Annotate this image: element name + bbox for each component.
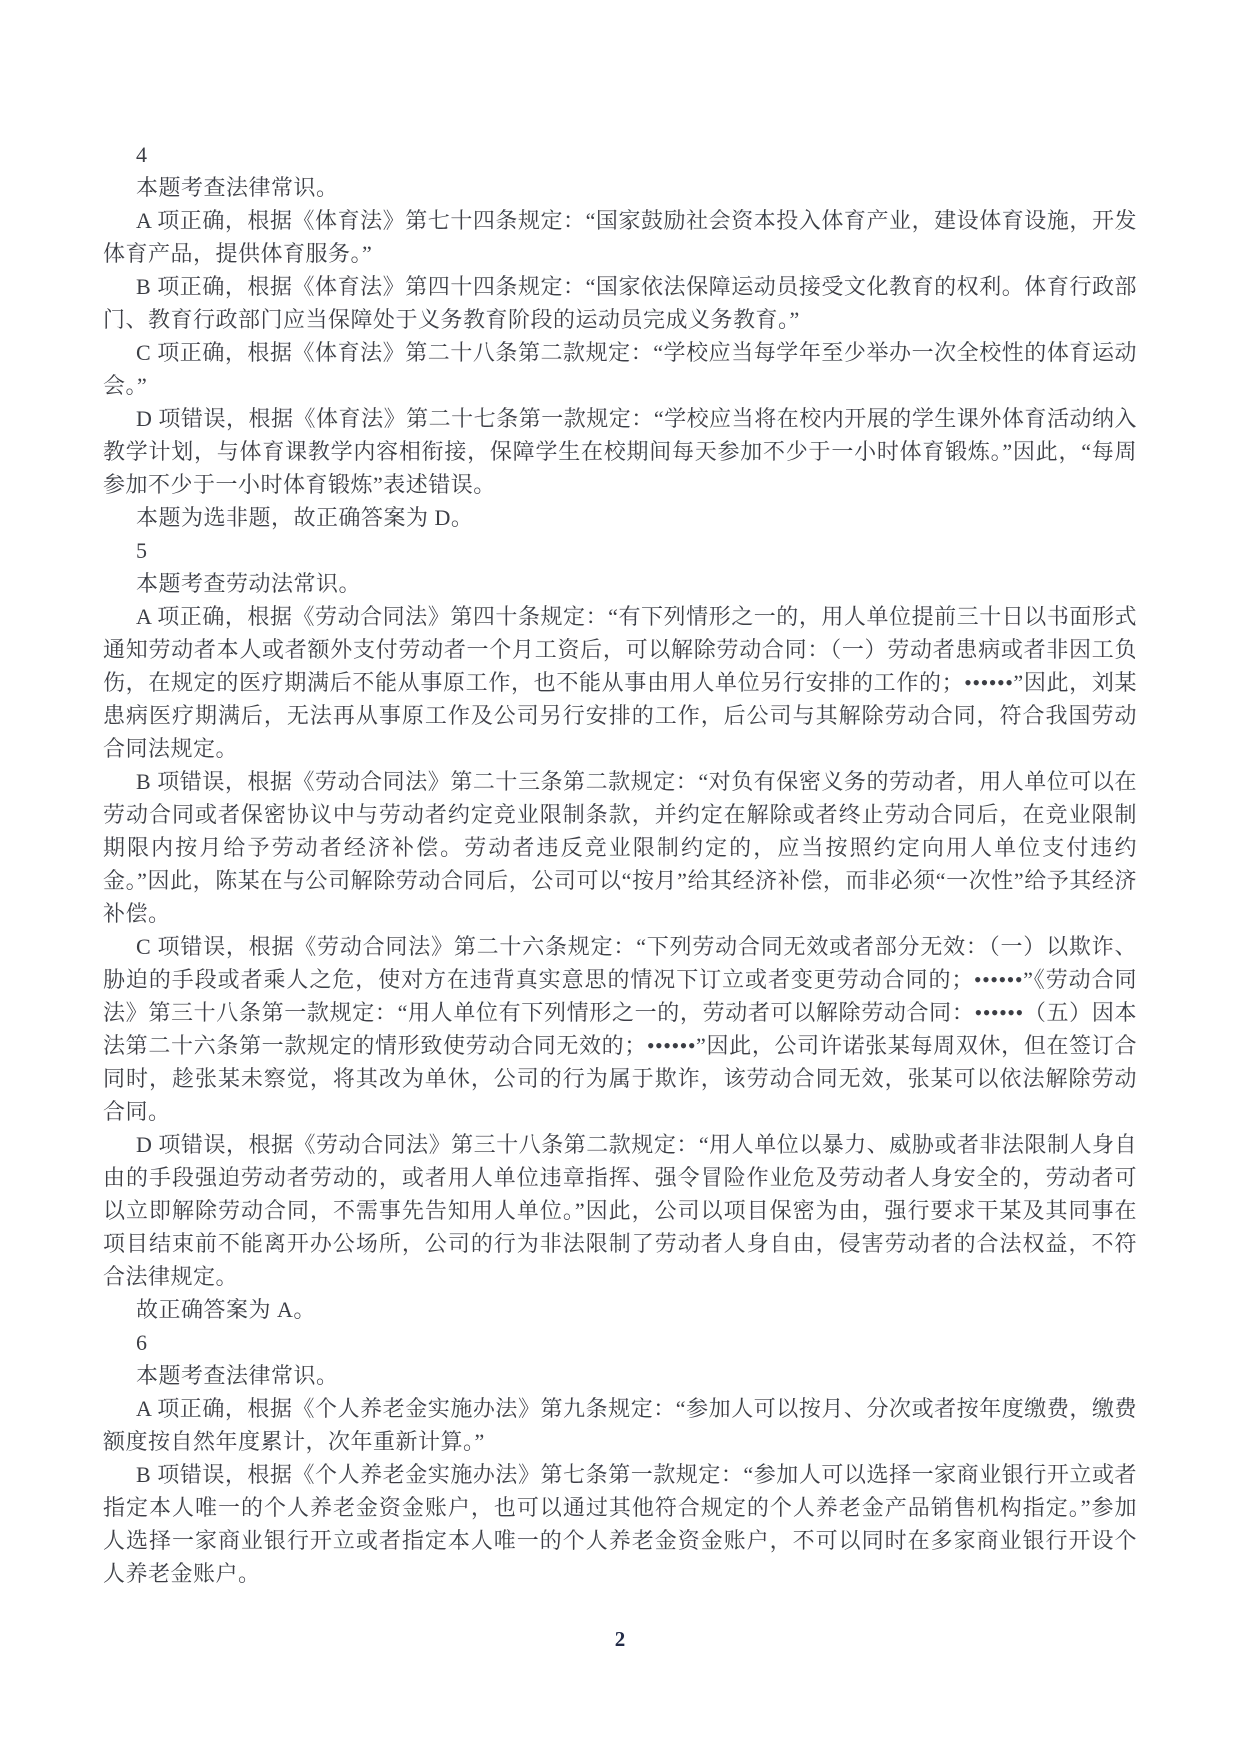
paragraph: 故正确答案为 A。: [103, 1293, 1137, 1326]
question-number: 6: [103, 1326, 1137, 1359]
paragraph: D 项错误，根据《体育法》第二十七条第一款规定：“学校应当将在校内开展的学生课外…: [103, 402, 1137, 501]
paragraph: B 项正确，根据《体育法》第四十四条规定：“国家依法保障运动员接受文化教育的权利…: [103, 270, 1137, 336]
paragraph: D 项错误，根据《劳动合同法》第三十八条第二款规定：“用人单位以暴力、威胁或者非…: [103, 1128, 1137, 1293]
document-page: 4本题考查法律常识。A 项正确，根据《体育法》第七十四条规定：“国家鼓励社会资本…: [0, 0, 1240, 1754]
question-number: 5: [103, 534, 1137, 567]
paragraph: 本题为选非题，故正确答案为 D。: [103, 501, 1137, 534]
paragraph: 本题考查劳动法常识。: [103, 567, 1137, 600]
question-number: 4: [103, 138, 1137, 171]
paragraph: A 项正确，根据《体育法》第七十四条规定：“国家鼓励社会资本投入体育产业，建设体…: [103, 204, 1137, 270]
paragraph: 本题考查法律常识。: [103, 171, 1137, 204]
page-number: 2: [0, 1626, 1240, 1652]
paragraph: B 项错误，根据《个人养老金实施办法》第七条第一款规定：“参加人可以选择一家商业…: [103, 1458, 1137, 1590]
paragraph: A 项正确，根据《个人养老金实施办法》第九条规定：“参加人可以按月、分次或者按年…: [103, 1392, 1137, 1458]
paragraph: C 项错误，根据《劳动合同法》第二十六条规定：“下列劳动合同无效或者部分无效：（…: [103, 930, 1137, 1128]
document-body: 4本题考查法律常识。A 项正确，根据《体育法》第七十四条规定：“国家鼓励社会资本…: [103, 138, 1137, 1590]
paragraph: C 项正确，根据《体育法》第二十八条第二款规定：“学校应当每学年至少举办一次全校…: [103, 336, 1137, 402]
paragraph: A 项正确，根据《劳动合同法》第四十条规定：“有下列情形之一的，用人单位提前三十…: [103, 600, 1137, 765]
paragraph: B 项错误，根据《劳动合同法》第二十三条第二款规定：“对负有保密义务的劳动者，用…: [103, 765, 1137, 930]
paragraph: 本题考查法律常识。: [103, 1359, 1137, 1392]
